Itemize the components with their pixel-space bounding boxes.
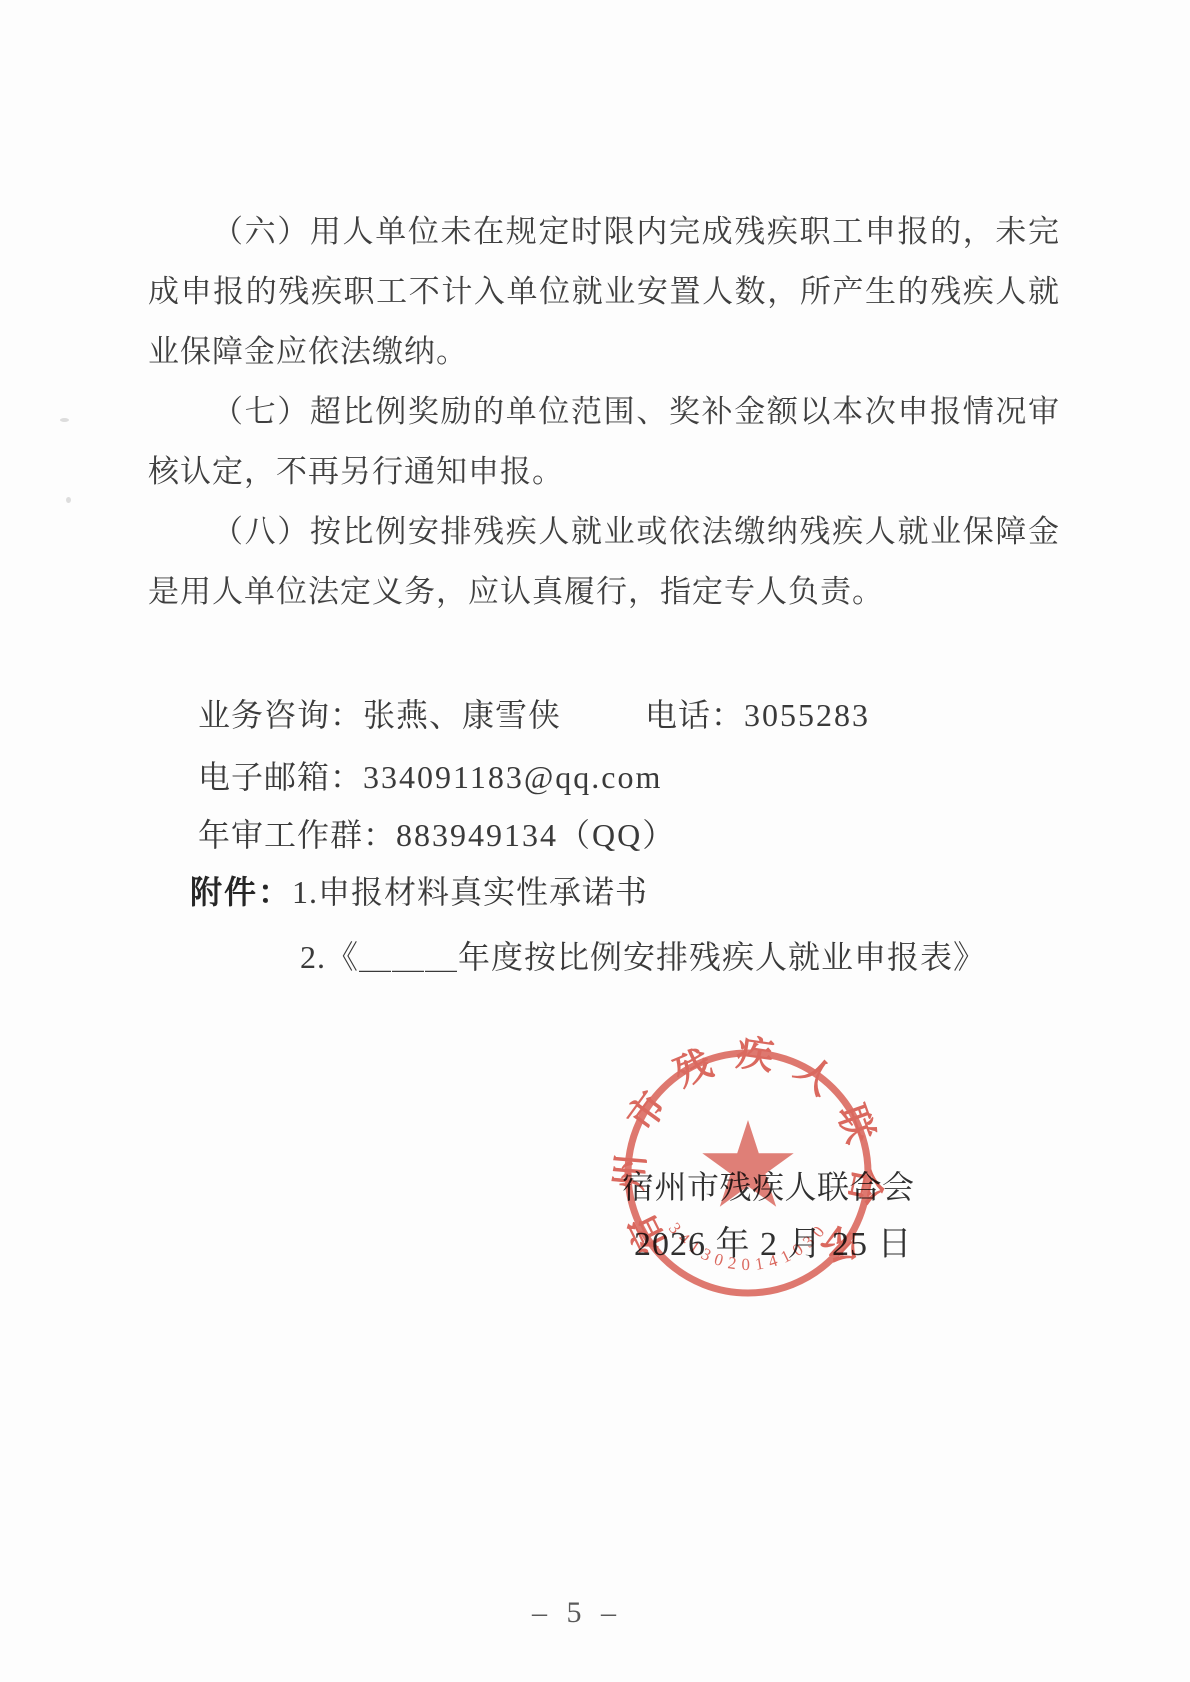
email-label: 电子邮箱：: [198, 759, 363, 795]
paragraph-item-7: （七）超比例奖励的单位范围、奖补金额以本次申报情况审核认定，不再另行通知申报。: [148, 382, 1060, 502]
document-page: （六）用人单位未在规定时限内完成残疾职工申报的，未完成申报的残疾职工不计入单位就…: [0, 0, 1190, 1682]
document-body: （六）用人单位未在规定时限内完成残疾职工申报的，未完成申报的残疾职工不计入单位就…: [148, 202, 1060, 622]
attachments-line-2: 2.《＿＿＿年度按比例安排残疾人就业申报表》: [300, 934, 986, 980]
phone-number: 3055283: [744, 697, 870, 733]
phone-label: 电话：: [645, 697, 744, 733]
qq-group-label: 年审工作群：: [198, 817, 396, 853]
page-number: – 5 –: [0, 1596, 1172, 1630]
contact-consult-line: 业务咨询：张燕、康雪侠 电话：3055283: [198, 692, 561, 738]
consult-label: 业务咨询：: [198, 697, 363, 733]
attachments-line-1: 附件：1.申报材料真实性承诺书: [190, 869, 648, 915]
paragraph-item-8: （八）按比例安排残疾人就业或依法缴纳残疾人就业保障金是用人单位法定义务，应认真履…: [148, 502, 1060, 622]
scan-speck: [60, 418, 69, 422]
contact-qq-group-line: 年审工作群：883949134（QQ）: [198, 812, 676, 858]
phone-group: 电话：3055283: [645, 692, 870, 738]
attachment-item-1: 1.申报材料真实性承诺书: [292, 874, 648, 910]
signature-org-name: 宿州市残疾人联合会: [622, 1164, 915, 1210]
consult-names: 张燕、康雪侠: [363, 697, 561, 733]
attachment-item-2: 2.《＿＿＿年度按比例安排残疾人就业申报表》: [300, 939, 986, 975]
attachments-label: 附件：: [190, 874, 292, 910]
email-value: 334091183@qq.com: [363, 759, 662, 795]
signature-date: 2026 年 2 月 25 日: [634, 1222, 913, 1268]
paragraph-item-6: （六）用人单位未在规定时限内完成残疾职工申报的，未完成申报的残疾职工不计入单位就…: [148, 202, 1060, 382]
contact-email-line: 电子邮箱：334091183@qq.com: [198, 754, 662, 800]
qq-group-value: 883949134（QQ）: [396, 817, 676, 853]
scan-speck: [66, 497, 71, 503]
